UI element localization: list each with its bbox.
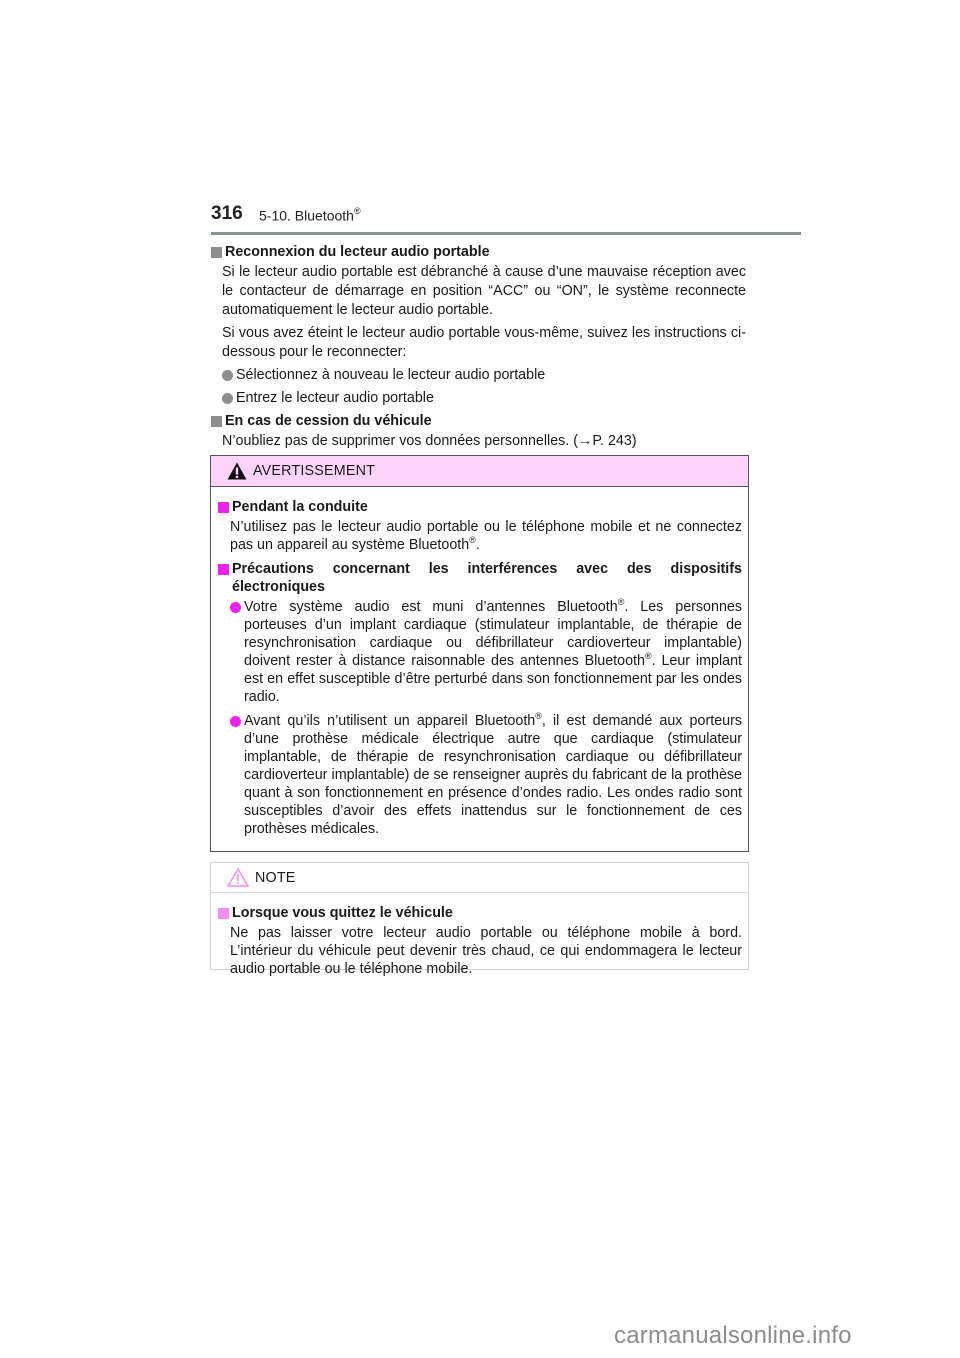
heading-text: Précautions concernant les interférences… (232, 560, 742, 596)
page-number: 316 (211, 203, 243, 225)
note-body: Lorsque vous quittez le véhicule Ne pas … (211, 893, 748, 978)
list-item: Votre système audio est muni d’antennes … (230, 598, 742, 706)
circle-bullet-icon (230, 716, 241, 727)
circle-bullet-icon (230, 602, 241, 613)
list-item: Entrez le lecteur audio portable (222, 389, 746, 408)
square-bullet-icon (211, 247, 222, 258)
header-divider (211, 232, 801, 235)
watermark-link[interactable]: carmanualsonline.info (614, 1322, 852, 1350)
section-title: 5-10. Bluetooth® (259, 207, 361, 224)
page-header: 316 5-10. Bluetooth® (211, 203, 801, 233)
list-item-text: Entrez le lecteur audio portable (236, 389, 746, 408)
note-header: NOTE (211, 863, 748, 893)
list-item-text: Votre système audio est muni d’antennes … (244, 598, 742, 706)
registered-mark: ® (645, 651, 652, 661)
warning-body: Pendant la conduite N’utilisez pas le le… (211, 487, 748, 838)
heading-text: Pendant la conduite (232, 498, 368, 516)
text: . (476, 537, 480, 553)
paragraph: Ne pas laisser votre lecteur audio porta… (230, 924, 742, 978)
heading-text: Lorsque vous quittez le véhicule (232, 904, 453, 922)
heading-text: En cas de cession du véhicule (225, 412, 432, 431)
list-item-text: Avant qu’ils n’utilisent un appareil Blu… (244, 712, 742, 838)
warning-header: AVERTISSEMENT (211, 456, 748, 487)
square-bullet-icon (218, 908, 229, 919)
list-item: Avant qu’ils n’utilisent un appareil Blu… (230, 712, 742, 838)
square-bullet-icon (218, 502, 229, 513)
list-item: Sélectionnez à nouveau le lecteur audio … (222, 366, 746, 385)
note-box: NOTE Lorsque vous quittez le véhicule Ne… (210, 862, 749, 970)
section-title-text: 5-10. Bluetooth (259, 208, 354, 224)
note-heading: Lorsque vous quittez le véhicule (218, 904, 742, 922)
registered-mark: ® (469, 535, 476, 545)
paragraph: Si vous avez éteint le lecteur audio por… (222, 324, 746, 362)
paragraph: N’utilisez pas le lecteur audio portable… (230, 518, 742, 554)
note-title: NOTE (255, 870, 296, 886)
warning-heading-precautions: Précautions concernant les interférences… (218, 560, 742, 596)
list-item-text: Sélectionnez à nouveau le lecteur audio … (236, 366, 746, 385)
text: , il est demandé aux porteurs d’une prot… (244, 713, 742, 837)
heading-text: Reconnexion du lecteur audio portable (225, 243, 490, 262)
warning-triangle-icon (227, 462, 247, 480)
paragraph-page-reference: N’oubliez pas de supprimer vos données p… (222, 432, 746, 451)
heading-cession: En cas de cession du véhicule (211, 412, 746, 431)
square-bullet-icon (218, 564, 229, 575)
registered-mark: ® (354, 206, 361, 216)
caution-triangle-icon (227, 868, 249, 887)
paragraph: Si le lecteur audio portable est débranc… (222, 263, 746, 320)
warning-box: AVERTISSEMENT Pendant la conduite N’util… (210, 455, 749, 852)
warning-heading-conduite: Pendant la conduite (218, 498, 742, 516)
main-content: Reconnexion du lecteur audio portable Si… (211, 243, 746, 455)
heading-reconnexion: Reconnexion du lecteur audio portable (211, 243, 746, 262)
circle-bullet-icon (222, 370, 233, 381)
registered-mark: ® (535, 711, 542, 721)
text: Votre système audio est muni d’antennes … (244, 599, 618, 615)
square-bullet-icon (211, 416, 222, 427)
warning-title: AVERTISSEMENT (253, 463, 375, 479)
circle-bullet-icon (222, 393, 233, 404)
text: N’utilisez pas le lecteur audio portable… (230, 519, 742, 553)
text: Avant qu’ils n’utilisent un appareil Blu… (244, 713, 535, 729)
